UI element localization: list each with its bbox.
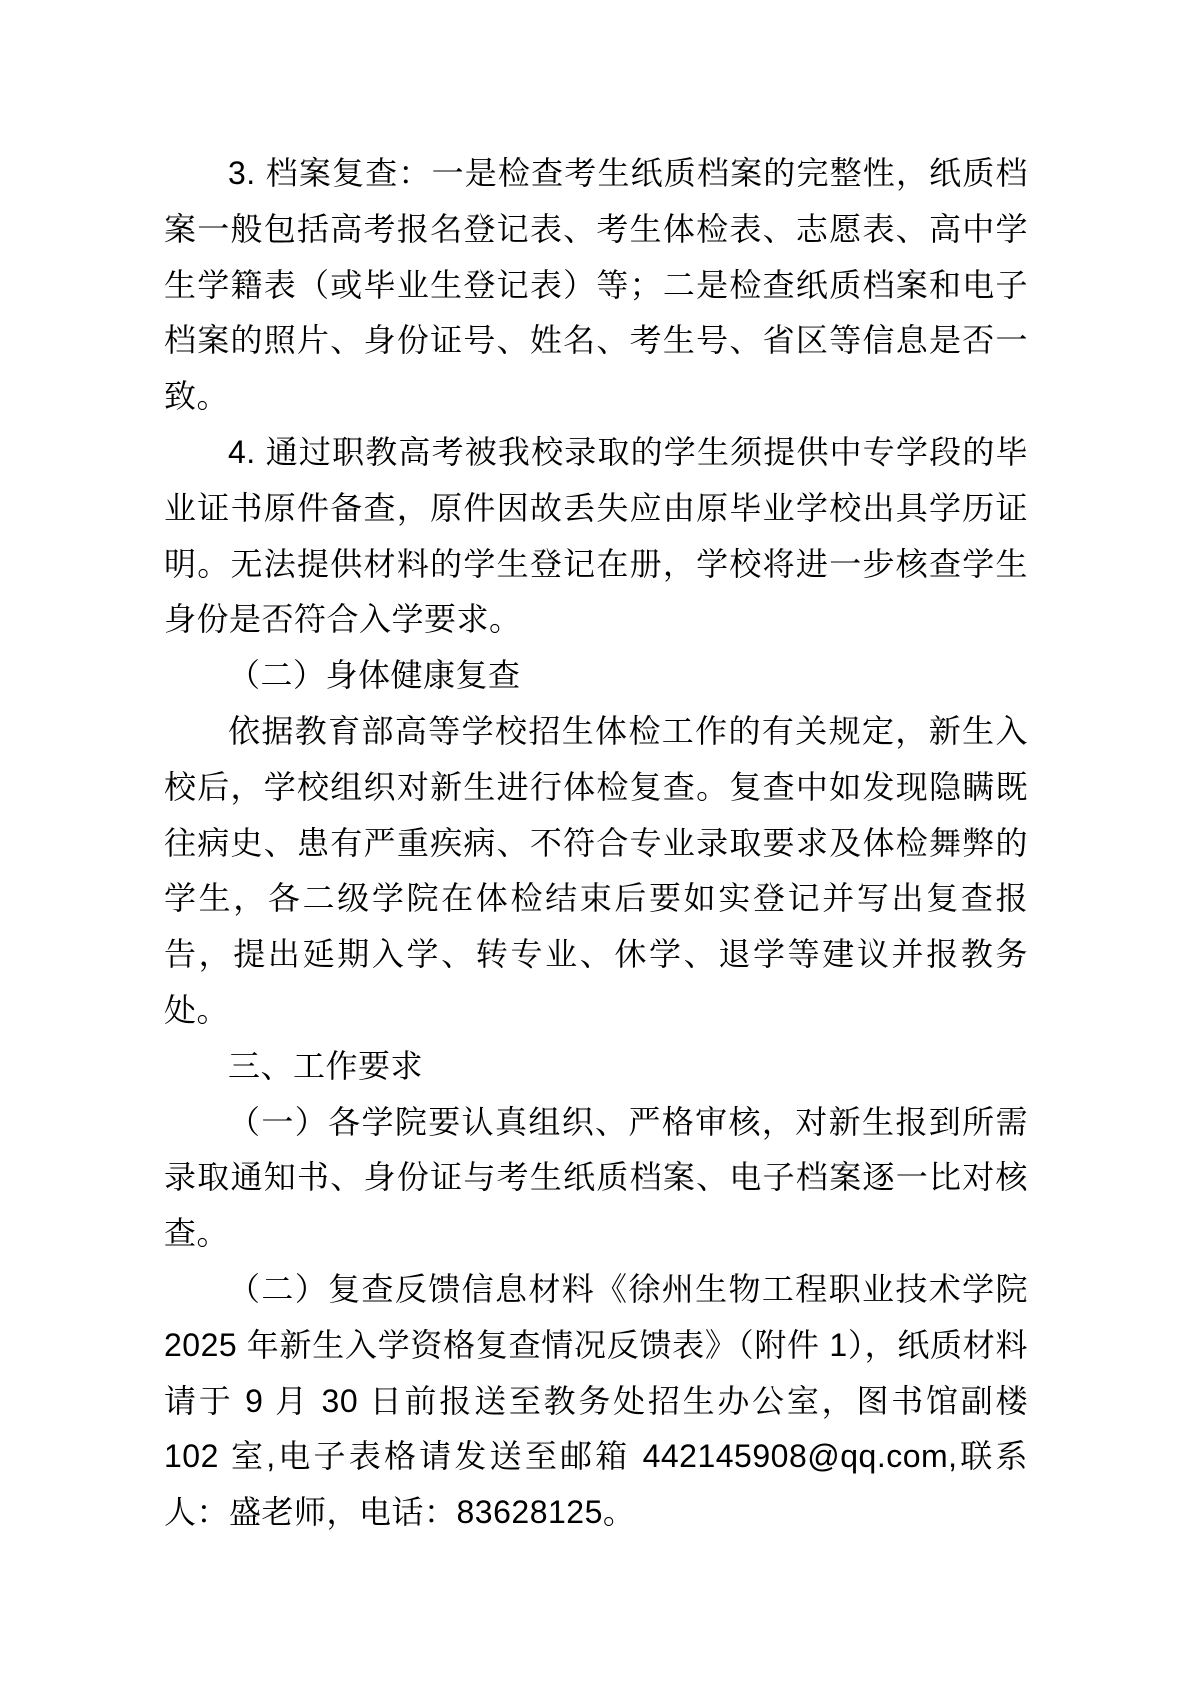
paragraph-archive-recheck: 3. 档案复查：一是检查考生纸质档案的完整性，纸质档案一般包括高考报名登记表、考… (164, 146, 1028, 425)
section-heading-physical-health-recheck: （二）身体健康复查 (164, 648, 1028, 704)
paragraph-requirement-feedback-materials: （二）复查反馈信息材料《徐州生物工程职业技术学院 2025 年新生入学资格复查情… (164, 1262, 1028, 1541)
document-page: 3. 档案复查：一是检查考生纸质档案的完整性，纸质档案一般包括高考报名登记表、考… (0, 0, 1191, 1684)
section-heading-work-requirements: 三、工作要求 (164, 1039, 1028, 1095)
paragraph-requirement-verification: （一）各学院要认真组织、严格审核，对新生报到所需录取通知书、身份证与考生纸质档案… (164, 1095, 1028, 1262)
paragraph-physical-recheck-detail: 依据教育部高等学校招生体检工作的有关规定，新生入校后，学校组织对新生进行体检复查… (164, 704, 1028, 1039)
paragraph-vocational-exam-diploma: 4. 通过职教高考被我校录取的学生须提供中专学段的毕业证书原件备查，原件因故丢失… (164, 425, 1028, 648)
document-body: 3. 档案复查：一是检查考生纸质档案的完整性，纸质档案一般包括高考报名登记表、考… (164, 146, 1028, 1541)
